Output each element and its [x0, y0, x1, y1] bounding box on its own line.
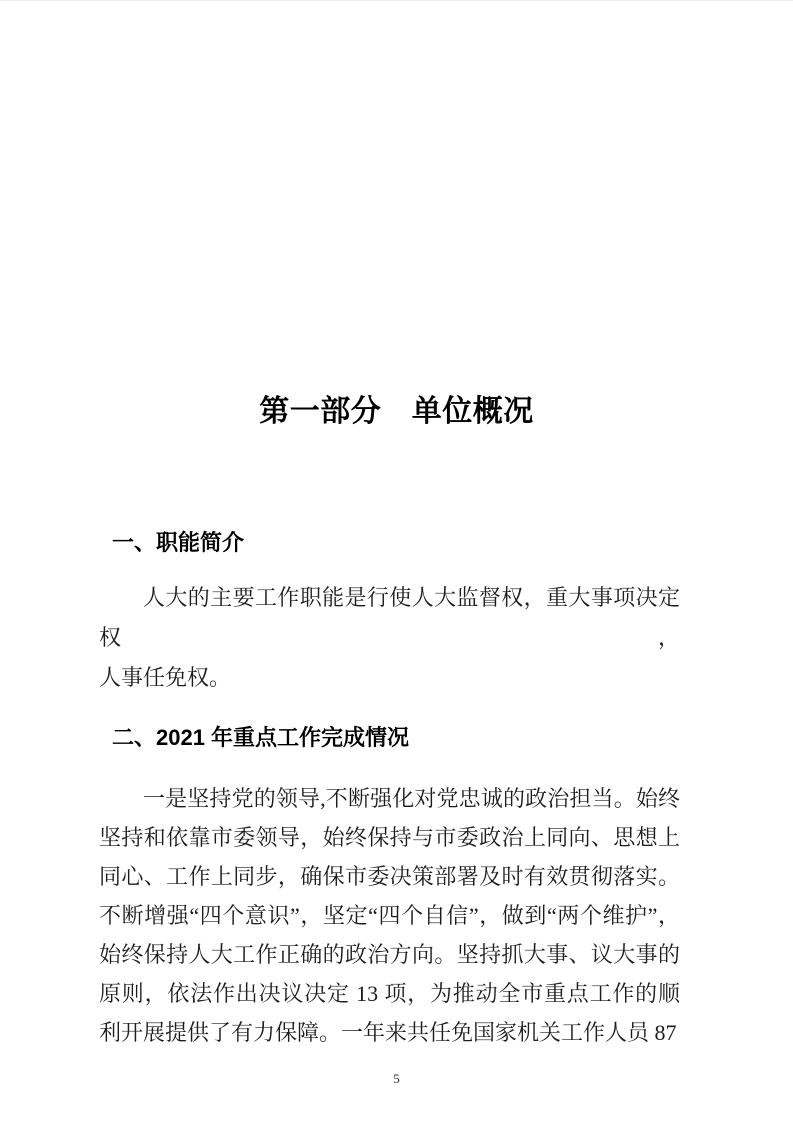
page-number: 5: [0, 1071, 793, 1087]
section-1-paragraph: 人大的主要工作职能是行使人大监督权，重大事项决定权， 人事任免权。: [99, 578, 680, 698]
document-page: 第一部分 单位概况 一、职能简介 人大的主要工作职能是行使人大监督权，重大事项决…: [0, 0, 793, 1122]
paragraph-line: 始终保持人大工作正确的政治方向。坚持抓大事、议大事的: [99, 935, 680, 974]
paragraph-line: 人事任免权。: [99, 658, 680, 698]
paragraph-line: 坚持和依靠市委领导，始终保持与市委政治上同向、思想上: [99, 818, 680, 857]
section-1-heading: 一、职能简介: [112, 528, 680, 558]
section-2-heading: 二、2021 年重点工作完成情况: [112, 723, 680, 753]
paragraph-line: 不断增强“四个意识”，坚定“四个自信”，做到“两个维护”，: [99, 896, 680, 935]
document-title: 第一部分 单位概况: [0, 394, 793, 430]
paragraph-line: 人大的主要工作职能是行使人大监督权，重大事项决定权，: [99, 578, 680, 658]
paragraph-line: 原则，依法作出决议决定 13 项，为推动全市重点工作的顺: [99, 974, 680, 1013]
paragraph-line: 同心、工作上同步，确保市委决策部署及时有效贯彻落实。: [99, 857, 680, 896]
paragraph-line: 一是坚持党的领导,不断强化对党忠诚的政治担当。始终: [99, 779, 680, 818]
paragraph-line: 利开展提供了有力保障。一年来共任免国家机关工作人员 87: [99, 1013, 680, 1052]
section-2-paragraph: 一是坚持党的领导,不断强化对党忠诚的政治担当。始终 坚持和依靠市委领导，始终保持…: [99, 779, 680, 1052]
